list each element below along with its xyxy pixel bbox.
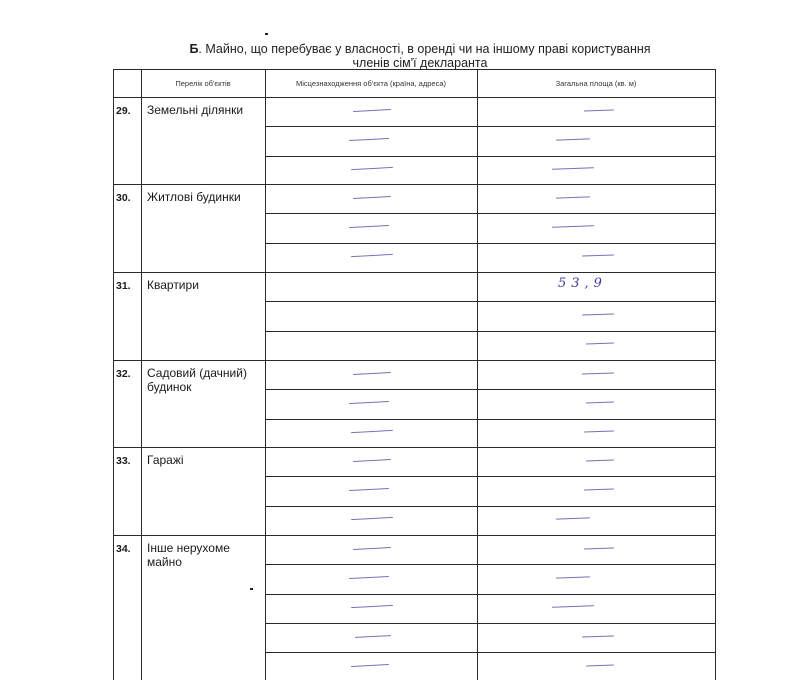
location-value-dash bbox=[353, 109, 391, 112]
location-value-dash bbox=[349, 401, 389, 404]
scan-speck bbox=[265, 33, 268, 35]
column-divider bbox=[141, 69, 142, 680]
area-value-dash bbox=[552, 225, 594, 228]
row-divider bbox=[113, 360, 715, 361]
row-number: 32. bbox=[116, 368, 140, 380]
row-divider bbox=[113, 447, 715, 448]
subrow-divider bbox=[265, 623, 715, 624]
header-divider bbox=[113, 97, 715, 98]
area-value-dash bbox=[584, 109, 614, 111]
table-border-left bbox=[113, 69, 114, 680]
location-value-dash bbox=[351, 664, 389, 667]
area-value-dash bbox=[582, 635, 614, 638]
table-border-top bbox=[113, 69, 715, 70]
row-label: Земельні ділянки bbox=[147, 103, 262, 117]
location-value-dash bbox=[351, 254, 393, 258]
subrow-divider bbox=[265, 594, 715, 595]
area-value-dash bbox=[586, 665, 614, 667]
header-objects: Перелік об'єктів bbox=[141, 79, 265, 88]
header-location: Місцезнаходження об'єкта (країна, адреса… bbox=[265, 79, 477, 88]
row-divider bbox=[113, 272, 715, 273]
location-value-dash bbox=[349, 576, 389, 579]
area-value-dash bbox=[586, 343, 614, 345]
scan-speck bbox=[250, 588, 253, 590]
subrow-divider bbox=[265, 243, 715, 244]
subrow-divider bbox=[265, 652, 715, 653]
area-value-dash bbox=[556, 517, 590, 520]
subrow-divider bbox=[265, 126, 715, 127]
subrow-divider bbox=[265, 156, 715, 157]
row-number: 34. bbox=[116, 543, 140, 555]
subrow-divider bbox=[265, 331, 715, 332]
location-value-dash bbox=[349, 138, 389, 141]
area-value-dash bbox=[556, 196, 590, 199]
table-border-right bbox=[715, 69, 716, 680]
row-number: 29. bbox=[116, 105, 140, 117]
location-value-dash bbox=[351, 605, 393, 609]
area-value-dash bbox=[556, 576, 590, 579]
area-value-dash bbox=[582, 313, 614, 316]
row-divider bbox=[113, 184, 715, 185]
area-value-dash bbox=[552, 605, 594, 608]
subrow-divider bbox=[265, 301, 715, 302]
area-value-dash bbox=[584, 488, 614, 490]
area-value-dash bbox=[582, 254, 614, 257]
row-number: 30. bbox=[116, 192, 140, 204]
subrow-divider bbox=[265, 389, 715, 390]
row-label: Житлові будинки bbox=[147, 190, 262, 204]
location-value-dash bbox=[349, 225, 389, 228]
subrow-divider bbox=[265, 213, 715, 214]
column-divider bbox=[477, 69, 478, 680]
area-value-dash bbox=[582, 372, 614, 375]
area-value: 53,9 bbox=[558, 276, 607, 291]
row-number: 33. bbox=[116, 455, 140, 467]
area-value-dash bbox=[586, 460, 614, 462]
location-value-dash bbox=[355, 635, 391, 638]
section-title: Б. Майно, що перебуває у власності, в ор… bbox=[120, 43, 720, 56]
area-value-dash bbox=[552, 167, 594, 170]
location-value-dash bbox=[349, 488, 389, 491]
row-label: Квартири bbox=[147, 278, 262, 292]
subrow-divider bbox=[265, 506, 715, 507]
area-value-dash bbox=[586, 402, 614, 404]
location-value-dash bbox=[351, 430, 393, 434]
column-divider bbox=[265, 69, 266, 680]
location-value-dash bbox=[351, 167, 393, 171]
area-value-dash bbox=[556, 138, 590, 141]
row-label: Інше нерухоме майно bbox=[147, 541, 262, 569]
row-number: 31. bbox=[116, 280, 140, 292]
subrow-divider bbox=[265, 564, 715, 565]
row-label: Садовий (дачний) будинок bbox=[147, 366, 262, 394]
location-value-dash bbox=[353, 547, 391, 550]
location-value-dash bbox=[353, 459, 391, 462]
location-value-dash bbox=[351, 517, 393, 521]
area-value-dash bbox=[584, 547, 614, 549]
subrow-divider bbox=[265, 419, 715, 420]
location-value-dash bbox=[353, 196, 391, 199]
subrow-divider bbox=[265, 476, 715, 477]
row-label: Гаражі bbox=[147, 453, 262, 467]
area-value-dash bbox=[584, 430, 614, 432]
row-divider bbox=[113, 535, 715, 536]
location-value-dash bbox=[353, 372, 391, 375]
header-area: Загальна площа (кв. м) bbox=[477, 79, 715, 88]
section-title-line1: . Майно, що перебуває у власності, в оре… bbox=[198, 42, 650, 56]
